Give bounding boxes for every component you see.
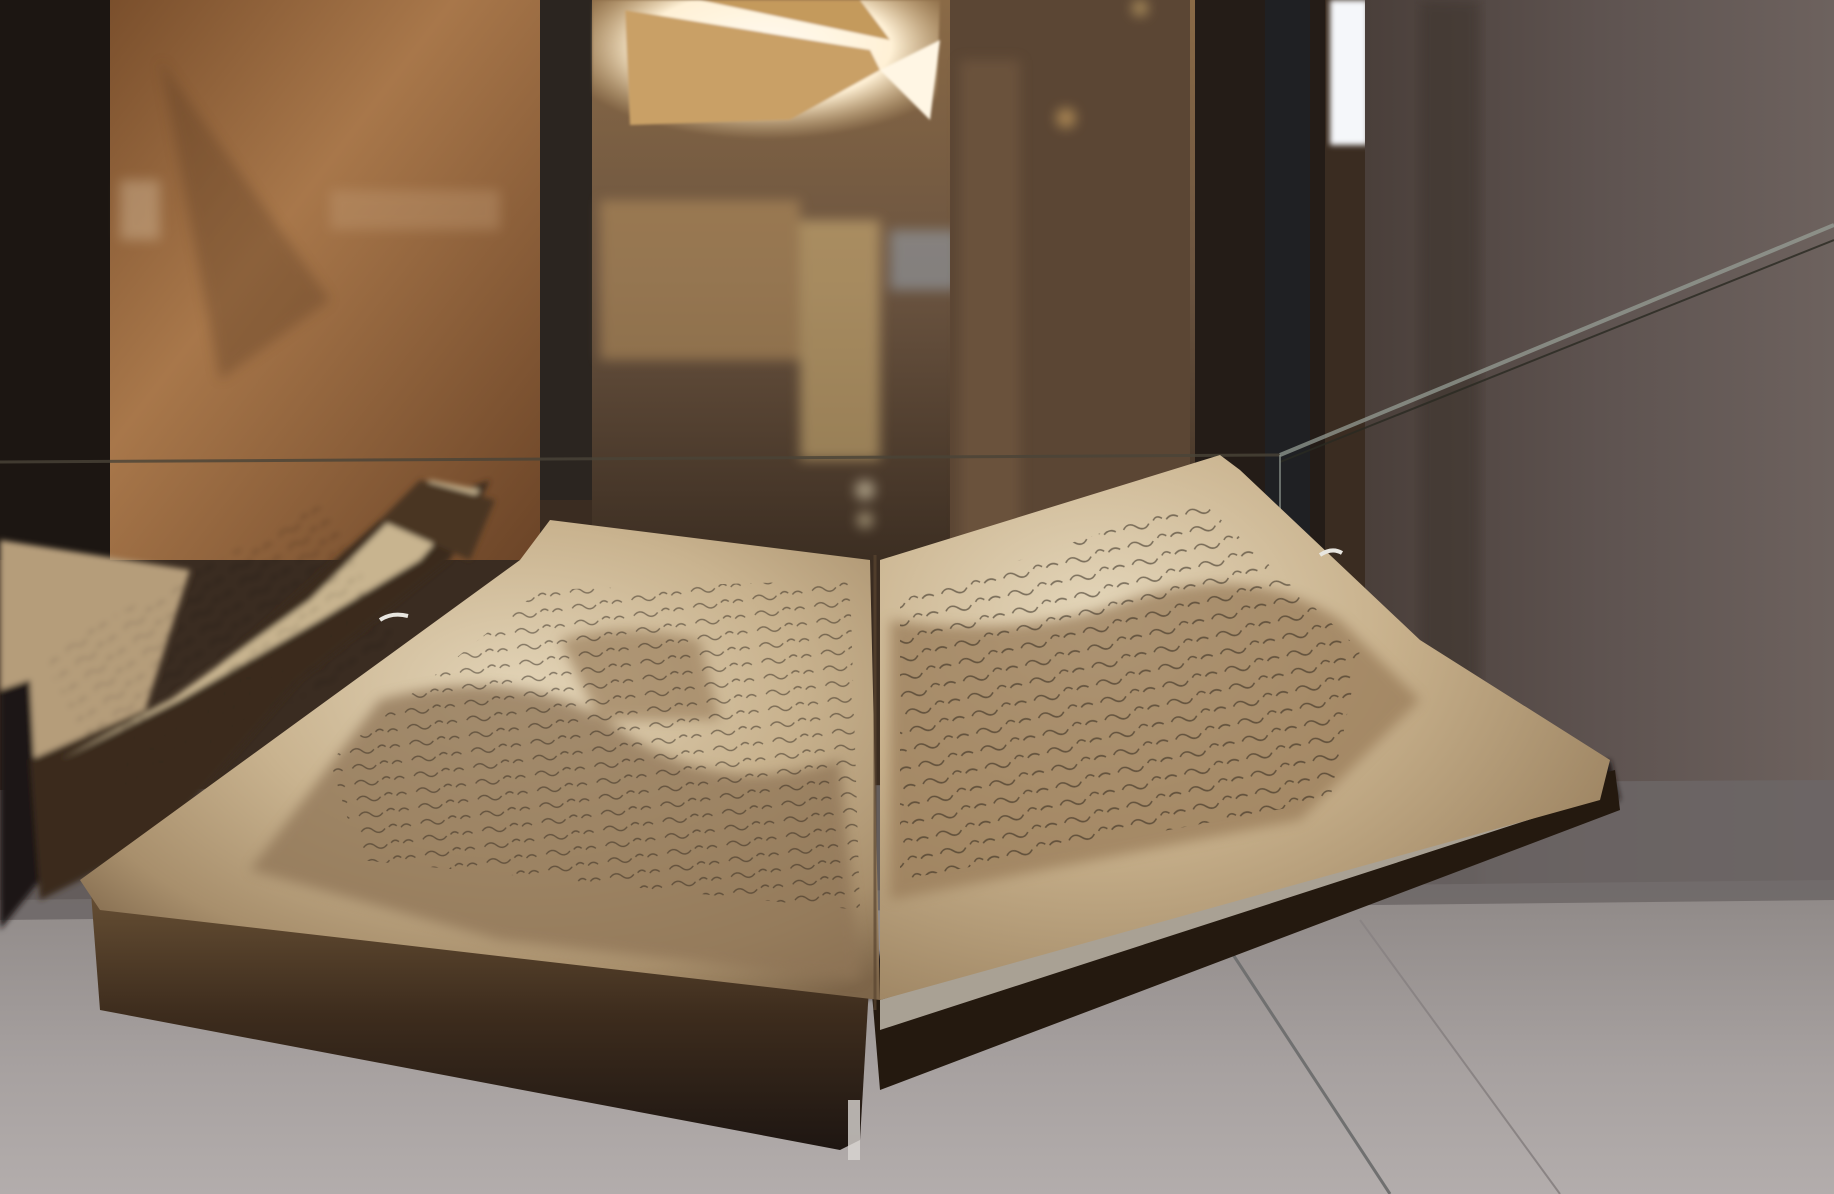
window-light xyxy=(1330,0,1368,145)
museum-manuscript-photo xyxy=(0,0,1834,1194)
photo-scene xyxy=(0,0,1834,1194)
ceiling-light xyxy=(592,0,940,155)
display-stand xyxy=(848,1100,860,1160)
case-frame-post xyxy=(540,0,592,500)
left-dark-edge xyxy=(0,0,110,560)
